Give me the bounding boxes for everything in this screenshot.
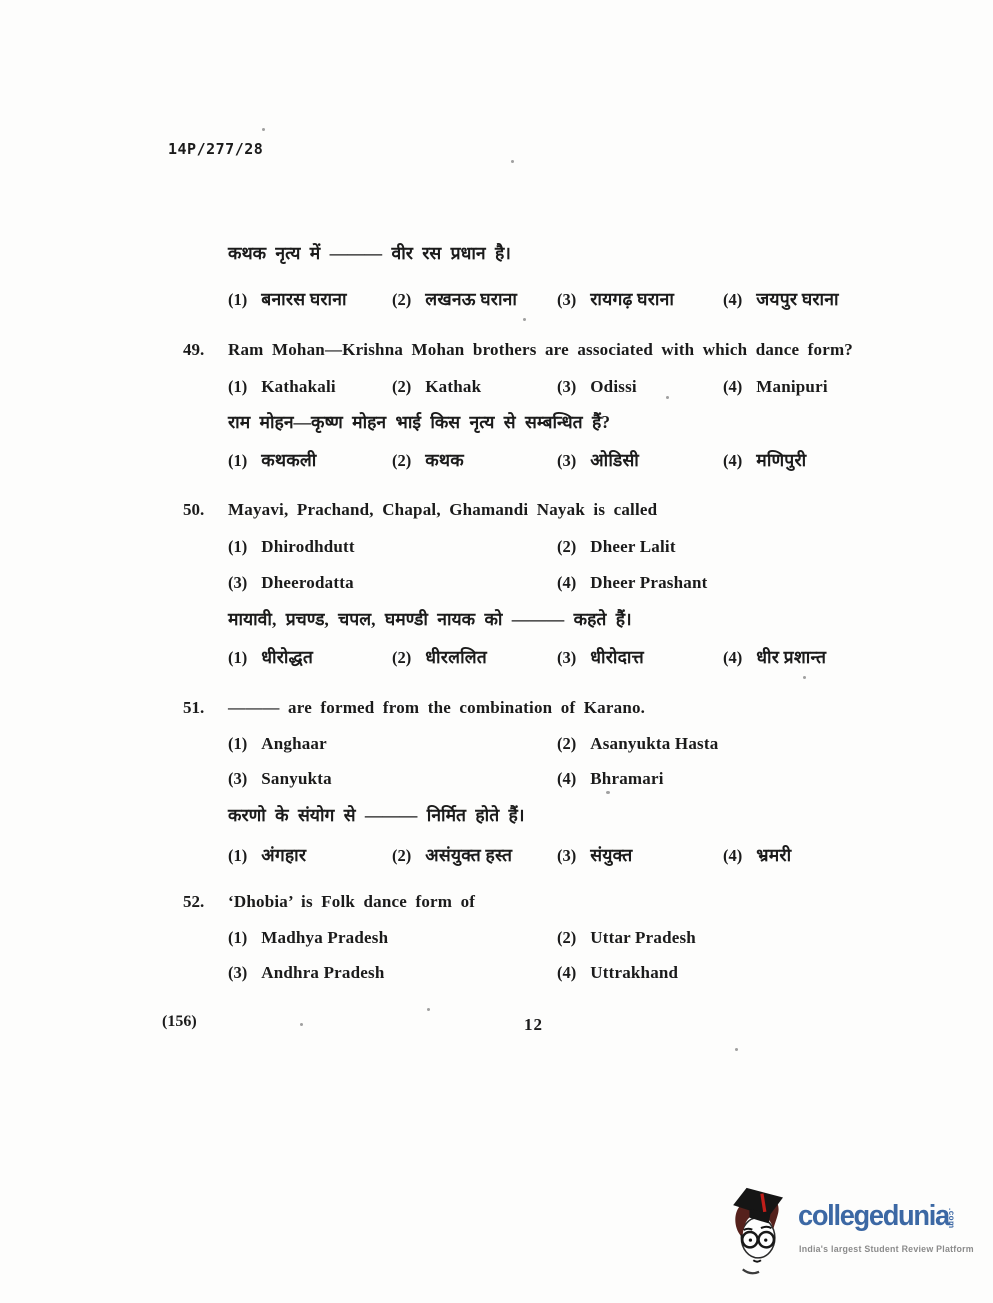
option-label: भ्रमरी bbox=[756, 843, 791, 867]
q51-option-4-hi: (4) भ्रमरी bbox=[723, 843, 791, 867]
q50-option-2-hi: (2) धीरललित bbox=[392, 645, 487, 669]
q49-stem-hindi: राम मोहन—कृष्ण मोहन भाई किस नृत्य से सम्… bbox=[228, 410, 610, 434]
option-label: जयपुर घराना bbox=[756, 287, 839, 311]
paper-code: 14P/277/28 bbox=[168, 140, 263, 158]
option-number: (2) bbox=[392, 290, 411, 310]
q51-option-3-hi: (3) संयुक्त bbox=[557, 843, 632, 867]
option-number: (2) bbox=[557, 537, 576, 557]
option-label: Sanyukta bbox=[261, 769, 332, 789]
q48-option-1-hi: (1) बनारस घराना bbox=[228, 287, 347, 311]
q48-option-2-hi: (2) लखनऊ घराना bbox=[392, 287, 517, 311]
option-label: धीर प्रशान्त bbox=[756, 645, 826, 669]
option-number: (4) bbox=[723, 648, 742, 668]
scan-noise-dot bbox=[262, 128, 265, 131]
q50-option-3-hi: (3) धीरोदात्त bbox=[557, 645, 644, 669]
option-number: (3) bbox=[228, 963, 247, 983]
option-label: Uttar Pradesh bbox=[590, 928, 696, 948]
option-label: Asanyukta Hasta bbox=[590, 734, 718, 754]
option-label: कथक bbox=[425, 448, 464, 472]
q50-option-4-hi: (4) धीर प्रशान्त bbox=[723, 645, 826, 669]
series-code: (156) bbox=[162, 1013, 197, 1031]
option-label: Uttrakhand bbox=[590, 963, 678, 983]
brand-text: collegedunia bbox=[798, 1200, 949, 1233]
option-number: (1) bbox=[228, 846, 247, 866]
q51-number: 51. bbox=[183, 698, 204, 718]
scan-noise-dot bbox=[523, 318, 526, 321]
option-number: (4) bbox=[723, 451, 742, 471]
option-number: (1) bbox=[228, 290, 247, 310]
option-label: रायगढ़ घराना bbox=[590, 287, 674, 311]
option-label: संयुक्त bbox=[590, 843, 632, 867]
scan-noise-dot bbox=[735, 1048, 738, 1051]
q49-option-1-hi: (1) कथकली bbox=[228, 448, 317, 472]
q51-stem-english: ——— are formed from the combination of K… bbox=[228, 698, 645, 718]
option-label: Kathakali bbox=[261, 377, 336, 397]
brand-tagline: India's largest Student Review Platform bbox=[799, 1244, 974, 1254]
option-number: (2) bbox=[392, 648, 411, 668]
option-label: Manipuri bbox=[756, 377, 828, 397]
brand-tld: .com bbox=[947, 1208, 956, 1229]
option-label: Dheerodatta bbox=[261, 573, 354, 593]
option-label: असंयुक्त हस्त bbox=[425, 843, 512, 867]
q51-option-2-hi: (2) असंयुक्त हस्त bbox=[392, 843, 512, 867]
q51-option-3-en: (3) Sanyukta bbox=[228, 769, 332, 789]
option-number: (3) bbox=[557, 846, 576, 866]
option-label: Dhirodhdutt bbox=[261, 537, 355, 557]
scan-noise-dot bbox=[427, 1008, 430, 1011]
q52-option-4-en: (4) Uttrakhand bbox=[557, 963, 678, 983]
q50-option-4-en: (4) Dheer Prashant bbox=[557, 573, 707, 593]
q51-option-4-en: (4) Bhramari bbox=[557, 769, 664, 789]
q51-stem-hindi: करणो के संयोग से ——— निर्मित होते हैं। bbox=[228, 803, 524, 827]
option-number: (2) bbox=[557, 928, 576, 948]
q50-number: 50. bbox=[183, 500, 204, 520]
q48-stem-hindi: कथक नृत्य में ——— वीर रस प्रधान है। bbox=[228, 241, 511, 265]
q49-option-2-hi: (2) कथक bbox=[392, 448, 464, 472]
option-label: बनारस घराना bbox=[261, 287, 346, 311]
option-number: (1) bbox=[228, 928, 247, 948]
option-number: (1) bbox=[228, 734, 247, 754]
q52-stem-english: ‘Dhobia’ is Folk dance form of bbox=[228, 892, 475, 912]
option-number: (3) bbox=[557, 290, 576, 310]
option-number: (4) bbox=[723, 377, 742, 397]
option-number: (1) bbox=[228, 648, 247, 668]
option-label: Andhra Pradesh bbox=[261, 963, 384, 983]
q51-option-2-en: (2) Asanyukta Hasta bbox=[557, 734, 718, 754]
option-number: (1) bbox=[228, 377, 247, 397]
option-number: (4) bbox=[723, 290, 742, 310]
scan-noise-dot bbox=[606, 791, 610, 794]
scan-noise-dot bbox=[300, 1023, 303, 1026]
option-number: (1) bbox=[228, 537, 247, 557]
q50-stem-hindi: मायावी, प्रचण्ड, चपल, घमण्डी नायक को ———… bbox=[228, 607, 632, 631]
option-label: Dheer Prashant bbox=[590, 573, 707, 593]
option-number: (4) bbox=[723, 846, 742, 866]
q51-option-1-hi: (1) अंगहार bbox=[228, 843, 306, 867]
option-label: Kathak bbox=[425, 377, 481, 397]
collegedunia-logo: collegedunia .com India's largest Studen… bbox=[728, 1186, 990, 1278]
graduate-mascot-icon bbox=[728, 1186, 792, 1278]
q48-option-4-hi: (4) जयपुर घराना bbox=[723, 287, 839, 311]
q52-option-2-en: (2) Uttar Pradesh bbox=[557, 928, 696, 948]
q50-option-2-en: (2) Dheer Lalit bbox=[557, 537, 676, 557]
option-number: (3) bbox=[228, 769, 247, 789]
option-label: Anghaar bbox=[261, 734, 327, 754]
option-label: Madhya Pradesh bbox=[261, 928, 388, 948]
option-number: (2) bbox=[392, 846, 411, 866]
scan-noise-dot bbox=[511, 160, 514, 163]
option-label: Odissi bbox=[590, 377, 637, 397]
option-label: अंगहार bbox=[261, 843, 306, 867]
q51-option-1-en: (1) Anghaar bbox=[228, 734, 327, 754]
option-number: (2) bbox=[557, 734, 576, 754]
option-label: मणिपुरी bbox=[756, 448, 806, 472]
option-label: Dheer Lalit bbox=[590, 537, 675, 557]
q49-option-4-hi: (4) मणिपुरी bbox=[723, 448, 806, 472]
option-label: ओडिसी bbox=[590, 448, 639, 472]
q52-option-1-en: (1) Madhya Pradesh bbox=[228, 928, 388, 948]
option-number: (3) bbox=[557, 377, 576, 397]
option-number: (4) bbox=[557, 963, 576, 983]
option-number: (1) bbox=[228, 451, 247, 471]
option-label: कथकली bbox=[261, 448, 316, 472]
q50-option-1-en: (1) Dhirodhdutt bbox=[228, 537, 355, 557]
option-label: लखनऊ घराना bbox=[425, 287, 517, 311]
q50-option-1-hi: (1) धीरोद्धत bbox=[228, 645, 313, 669]
option-number: (4) bbox=[557, 573, 576, 593]
scan-noise-dot bbox=[666, 396, 669, 399]
option-number: (3) bbox=[228, 573, 247, 593]
exam-paper-page: 14P/277/28 कथक नृत्य में ——— वीर रस प्रध… bbox=[0, 0, 993, 1303]
q48-option-3-hi: (3) रायगढ़ घराना bbox=[557, 287, 674, 311]
q49-option-3-en: (3) Odissi bbox=[557, 377, 637, 397]
q49-number: 49. bbox=[183, 340, 204, 360]
option-number: (2) bbox=[392, 377, 411, 397]
q50-stem-english: Mayavi, Prachand, Chapal, Ghamandi Nayak… bbox=[228, 500, 657, 520]
option-number: (4) bbox=[557, 769, 576, 789]
q52-option-3-en: (3) Andhra Pradesh bbox=[228, 963, 385, 983]
option-number: (3) bbox=[557, 451, 576, 471]
q49-stem-english: Ram Mohan—Krishna Mohan brothers are ass… bbox=[228, 340, 853, 360]
q49-option-3-hi: (3) ओडिसी bbox=[557, 448, 639, 472]
option-label: धीरोद्धत bbox=[261, 645, 313, 669]
q52-number: 52. bbox=[183, 892, 204, 912]
scan-noise-dot bbox=[803, 676, 806, 679]
option-number: (2) bbox=[392, 451, 411, 471]
option-number: (3) bbox=[557, 648, 576, 668]
q49-option-4-en: (4) Manipuri bbox=[723, 377, 828, 397]
q49-option-1-en: (1) Kathakali bbox=[228, 377, 336, 397]
option-label: धीरोदात्त bbox=[590, 645, 644, 669]
option-label: धीरललित bbox=[425, 645, 487, 669]
page-number: 12 bbox=[524, 1015, 543, 1035]
option-label: Bhramari bbox=[590, 769, 663, 789]
q50-option-3-en: (3) Dheerodatta bbox=[228, 573, 354, 593]
q49-option-2-en: (2) Kathak bbox=[392, 377, 481, 397]
